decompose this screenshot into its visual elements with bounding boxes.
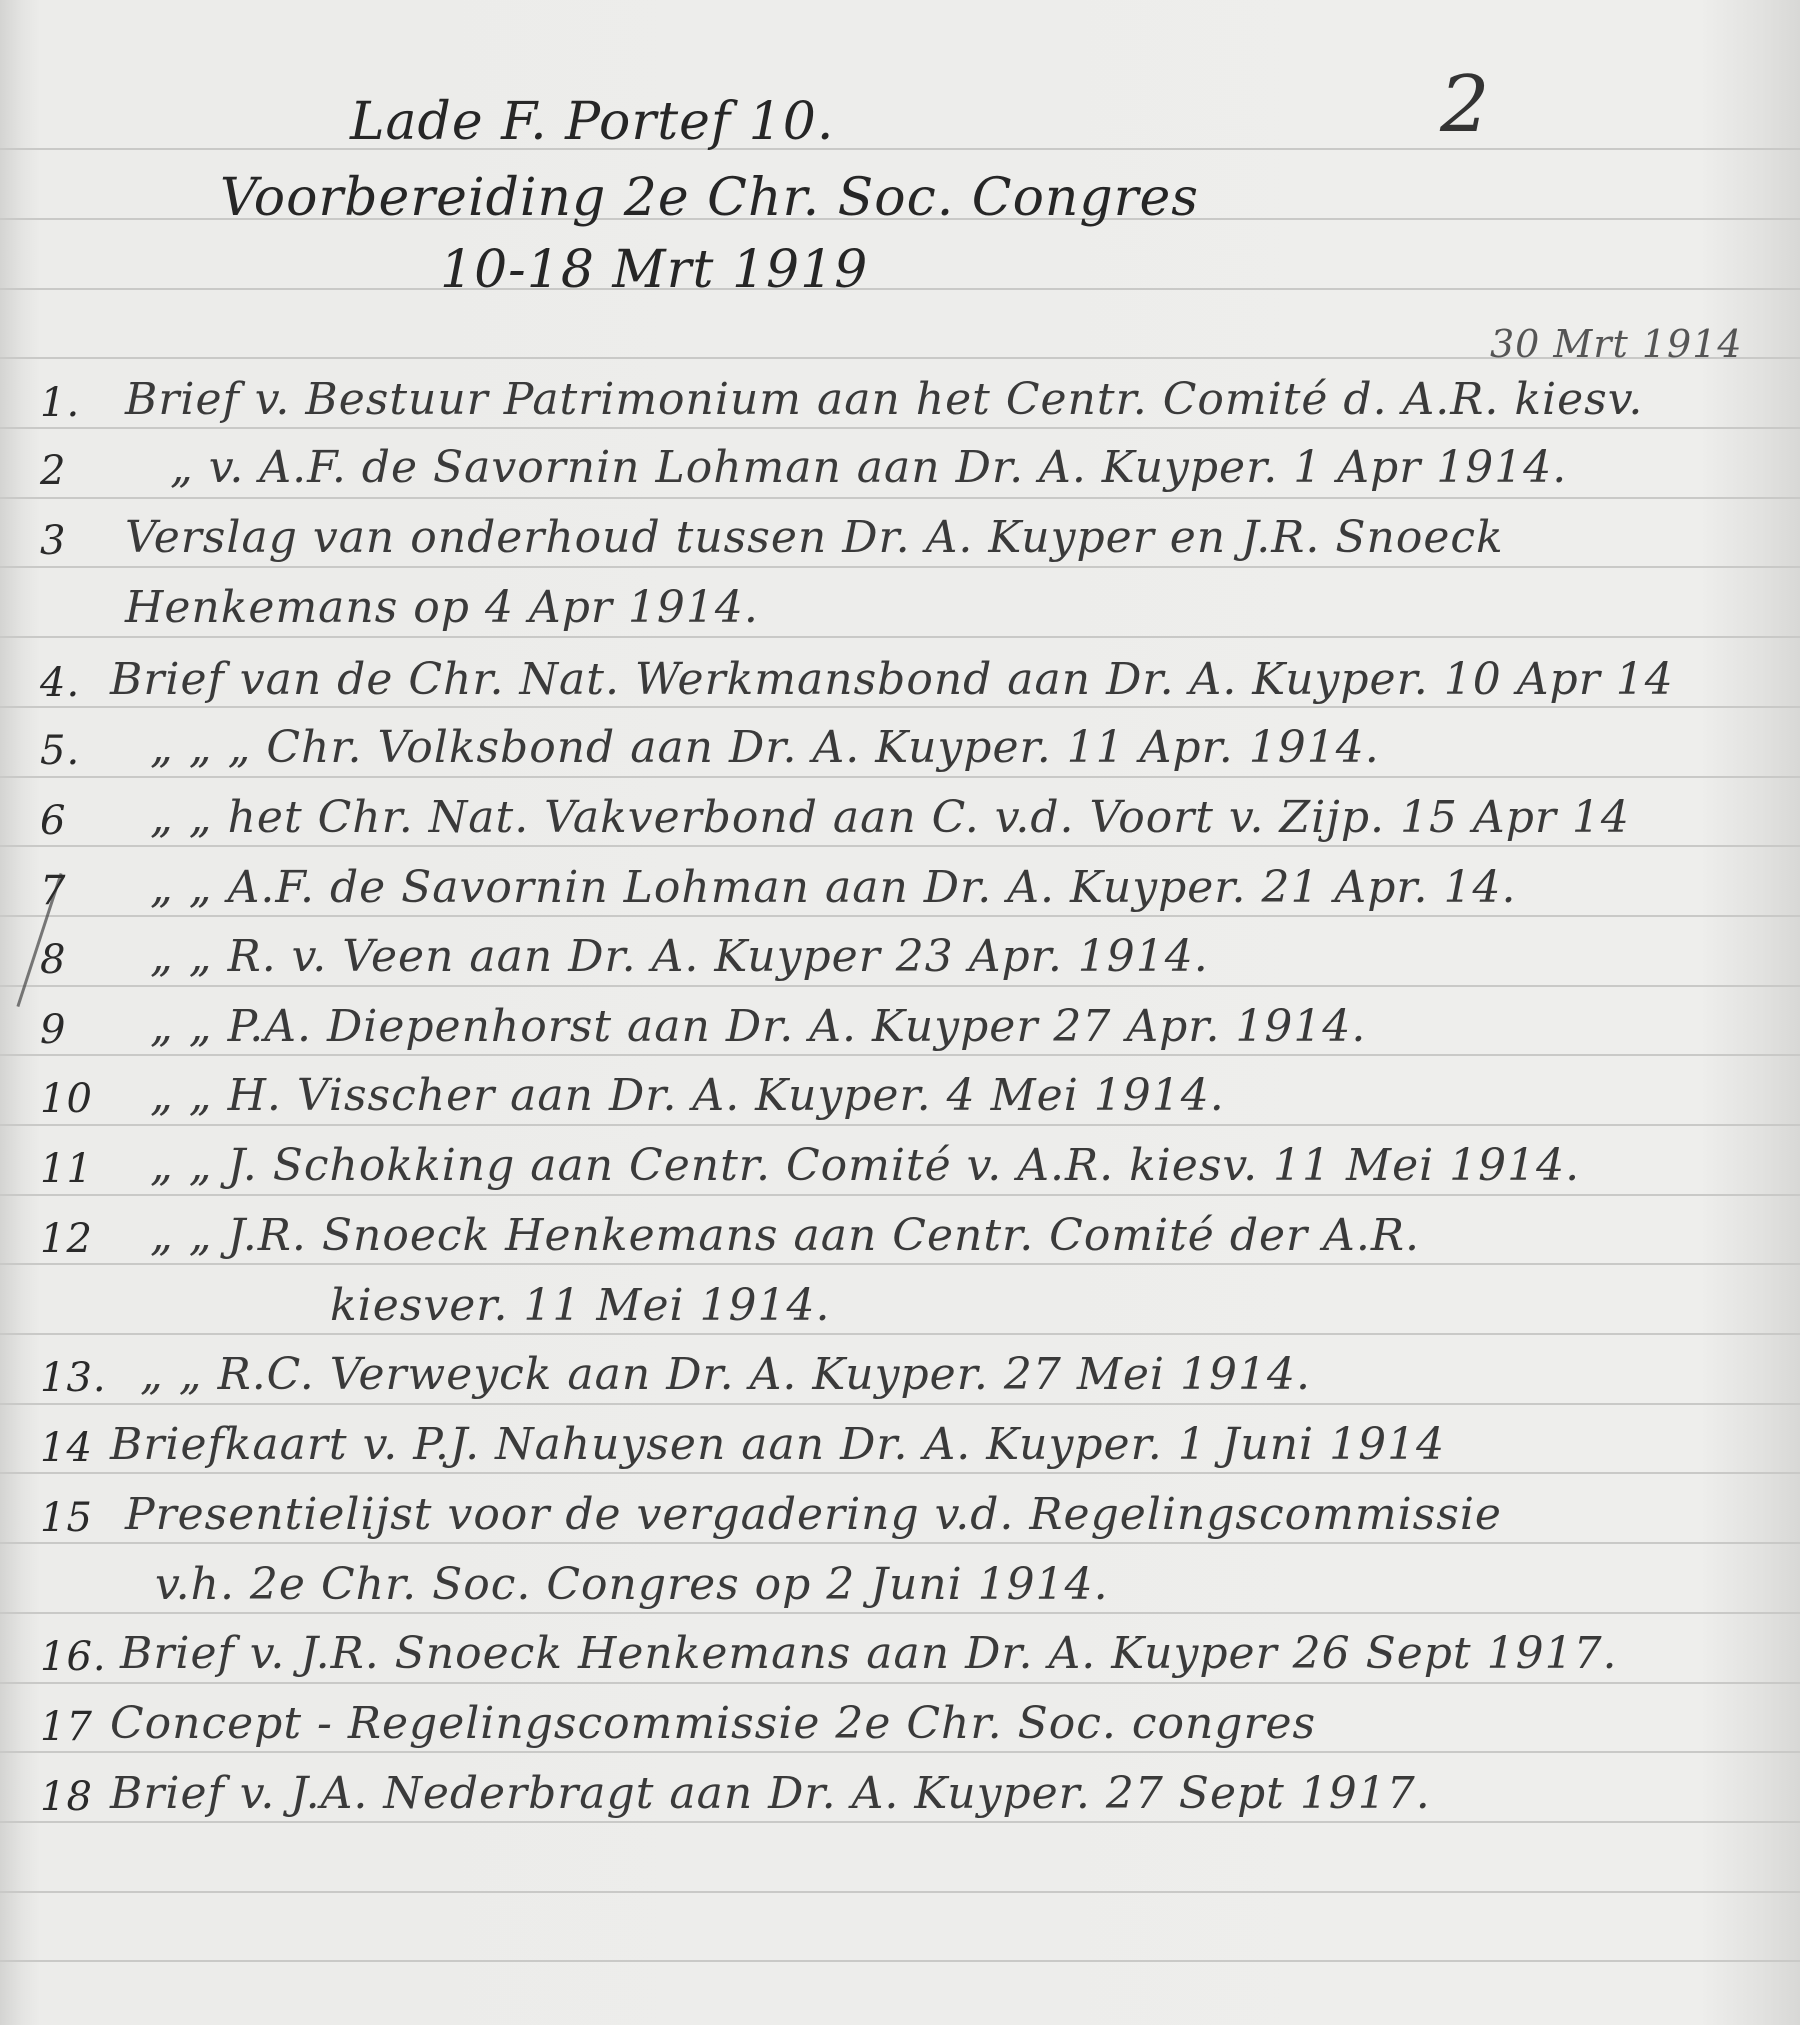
entry-number: 15 <box>40 1495 93 1541</box>
entry-text: Verslag van onderhoud tussen Dr. A. Kuyp… <box>125 512 1504 563</box>
entry-number: 4. <box>40 660 80 706</box>
entry-text: „ „ R.C. Verweyck aan Dr. A. Kuyper. 27 … <box>140 1349 1311 1400</box>
ruled-line <box>0 706 1800 708</box>
ruled-line <box>0 1751 1800 1753</box>
ruled-line <box>0 1472 1800 1474</box>
date-annotation: 30 Mrt 1914 <box>1490 322 1743 366</box>
entry-number: 3 <box>40 518 66 564</box>
ruled-line <box>0 497 1800 499</box>
entry-number: 9 <box>40 1007 66 1053</box>
header-line-3: 10-18 Mrt 1919 <box>440 240 868 300</box>
entry-number: 16. <box>40 1634 107 1680</box>
entry-text: Brief v. J.R. Snoeck Henkemans aan Dr. A… <box>120 1628 1618 1679</box>
ruled-line <box>0 1612 1800 1614</box>
entry-number: 18 <box>40 1774 93 1820</box>
ruled-line <box>0 915 1800 917</box>
entry-number: 13. <box>40 1355 107 1401</box>
ruled-line <box>0 1682 1800 1684</box>
entry-text: „ „ J. Schokking aan Centr. Comité v. A.… <box>150 1140 1580 1191</box>
entry-number: 14 <box>40 1425 93 1471</box>
ruled-line <box>0 1891 1800 1893</box>
ruled-line <box>0 1333 1800 1335</box>
entry-continuation: kiesver. 11 Mei 1914. <box>330 1280 831 1331</box>
ruled-line <box>0 845 1800 847</box>
entry-continuation: Henkemans op 4 Apr 1914. <box>125 582 759 633</box>
entry-number: 12 <box>40 1216 93 1262</box>
ruled-line <box>0 1403 1800 1405</box>
entry-text: „ „ A.F. de Savornin Lohman aan Dr. A. K… <box>150 862 1517 913</box>
folio-number: 2 <box>1440 60 1491 150</box>
entry-number: 17 <box>40 1704 93 1750</box>
entry-number: 5. <box>40 728 80 774</box>
ruled-line <box>0 288 1800 290</box>
entry-text: Presentielijst voor de vergadering v.d. … <box>125 1489 1502 1540</box>
entry-text: „ v. A.F. de Savornin Lohman aan Dr. A. … <box>170 442 1567 493</box>
header-line-2: Voorbereiding 2e Chr. Soc. Congres <box>220 168 1199 228</box>
ruled-line <box>0 776 1800 778</box>
entry-number: 8 <box>40 937 66 983</box>
handwritten-archive-page: 2 Lade F. Portef 10. Voorbereiding 2e Ch… <box>0 0 1800 2025</box>
ruled-line <box>0 985 1800 987</box>
entry-text: Briefkaart v. P.J. Nahuysen aan Dr. A. K… <box>110 1419 1445 1470</box>
ruled-line <box>0 1542 1800 1544</box>
entry-number: 7 <box>40 868 66 914</box>
entry-text: „ „ R. v. Veen aan Dr. A. Kuyper 23 Apr.… <box>150 931 1209 982</box>
entry-text: Brief v. Bestuur Patrimonium aan het Cen… <box>125 374 1643 425</box>
entry-text: Brief van de Chr. Nat. Werkmansbond aan … <box>110 654 1674 705</box>
ruled-line <box>0 1263 1800 1265</box>
entry-text: „ „ het Chr. Nat. Vakverbond aan C. v.d.… <box>150 792 1630 843</box>
ruled-line <box>0 636 1800 638</box>
ruled-line <box>0 148 1800 150</box>
ruled-line <box>0 1821 1800 1823</box>
entry-number: 2 <box>40 448 66 494</box>
ruled-line <box>0 1194 1800 1196</box>
entry-text: „ „ „ Chr. Volksbond aan Dr. A. Kuyper. … <box>150 722 1380 773</box>
entry-number: 1. <box>40 380 80 426</box>
ruled-line <box>0 566 1800 568</box>
entry-number: 10 <box>40 1076 93 1122</box>
entry-text: Brief v. J.A. Nederbragt aan Dr. A. Kuyp… <box>110 1768 1431 1819</box>
entry-text: „ „ H. Visscher aan Dr. A. Kuyper. 4 Mei… <box>150 1070 1225 1121</box>
entry-text: „ „ P.A. Diepenhorst aan Dr. A. Kuyper 2… <box>150 1001 1366 1052</box>
entry-text: Concept - Regelingscommissie 2e Chr. Soc… <box>110 1698 1316 1749</box>
entry-text: „ „ J.R. Snoeck Henkemans aan Centr. Com… <box>150 1210 1420 1261</box>
entry-continuation: v.h. 2e Chr. Soc. Congres op 2 Juni 1914… <box>155 1559 1109 1610</box>
entry-number: 6 <box>40 798 66 844</box>
ruled-line <box>0 427 1800 429</box>
ruled-line <box>0 1124 1800 1126</box>
entry-number: 11 <box>40 1146 93 1192</box>
ruled-line <box>0 1054 1800 1056</box>
ruled-line <box>0 1960 1800 1962</box>
header-line-1: Lade F. Portef 10. <box>350 92 834 152</box>
